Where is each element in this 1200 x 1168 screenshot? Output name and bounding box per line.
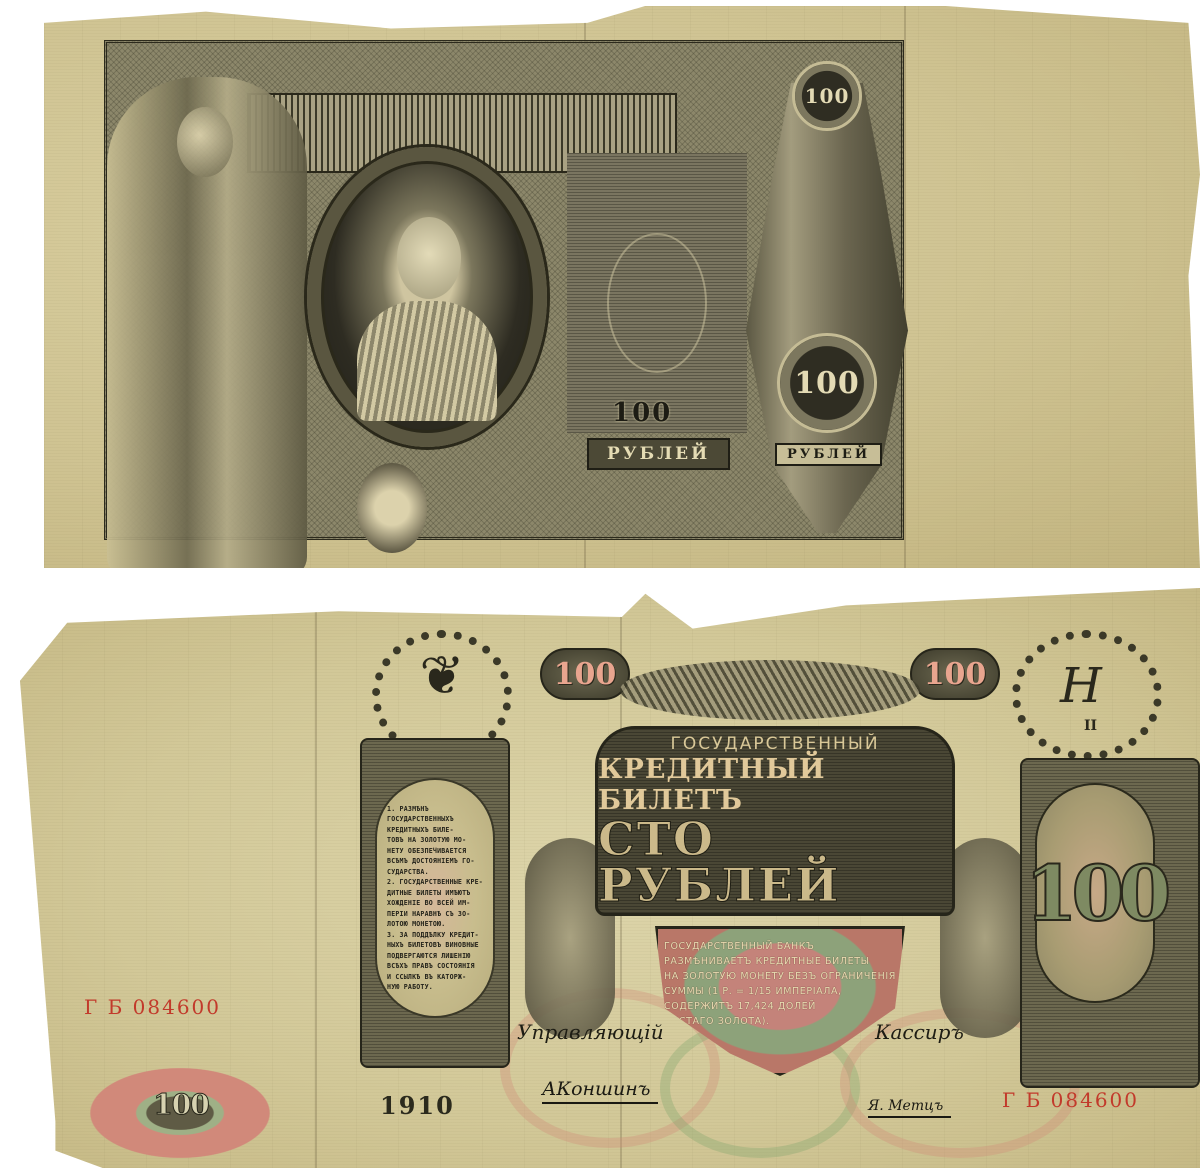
bank-text-line: РАЗМѢНИВАЕТЪ КРЕДИТНЫЕ БИЛЕТЫ	[664, 954, 896, 969]
bank-text-line: СУММЫ (1 Р. = 1/15 ИМПЕРІАЛА,	[664, 984, 896, 999]
rule-line: И ССЫЛКѢ ВЪ КАТОРЖ-	[387, 972, 483, 983]
imperial-cipher: Н	[1060, 658, 1102, 714]
rules-text: 1. РАЗМѢНЪГОСУДАРСТВЕННЫХЪКРЕДИТНЫХЪ БИЛ…	[387, 804, 483, 993]
allegorical-figure	[107, 77, 307, 577]
rule-line: ЛОТОЮ МОНЕТОЮ.	[387, 919, 483, 930]
rules-panel: 1. РАЗМѢНЪГОСУДАРСТВЕННЫХЪКРЕДИТНЫХЪ БИЛ…	[375, 778, 495, 1018]
bank-text-line: СОДЕРЖИТЪ 17,424 ДОЛЕЙ	[664, 999, 896, 1014]
rule-line: КРЕДИТНЫХЪ БИЛЕ-	[387, 825, 483, 836]
wheat-garland	[620, 660, 920, 720]
rule-line: ПОДВЕРГАЮТСЯ ЛИШЕНІЮ	[387, 951, 483, 962]
cashier-label: Кассиръ	[875, 1020, 964, 1044]
manager-label: Управляющій	[517, 1020, 664, 1044]
figure-head	[177, 107, 233, 177]
band-currency: РУБЛЕЙ	[587, 438, 730, 470]
rule-line: ВСѢХЪ ПРАВЪ СОСТОЯНІЯ	[387, 961, 483, 972]
imperial-eagle-icon: ❦	[410, 636, 474, 716]
portrait-face	[397, 217, 461, 299]
manager-signature: АКоншинъ	[542, 1078, 658, 1104]
corner-denomination-right: 100	[910, 648, 1000, 700]
bank-guarantee-text: ГОСУДАРСТВЕННЫЙ БАНКЪРАЗМѢНИВАЕТЪ КРЕДИТ…	[664, 939, 896, 1029]
bank-text-line: НА ЗОЛОТУЮ МОНЕТУ БЕЗЪ ОГРАНИЧЕНІЯ	[664, 969, 896, 984]
big-denomination: 100	[1035, 783, 1155, 1003]
rule-line: НЫХЪ БИЛЕТОВЪ ВИНОВНЫЕ	[387, 940, 483, 951]
bank-text-line: ГОСУДАРСТВЕННЫЙ БАНКЪ	[664, 939, 896, 954]
column-top-medallion: 100	[792, 61, 862, 131]
monogram-icon	[607, 233, 707, 373]
small-denomination-text: 100	[146, 1088, 216, 1121]
imperial-cipher-numeral: II	[1084, 718, 1097, 734]
rule-line: ДИТНЫЕ БИЛЕТЫ ИМѢЮТЪ	[387, 888, 483, 899]
serial-number-left: Г Б 084600	[84, 995, 221, 1019]
portrait-ermine-robe	[357, 301, 497, 421]
portrait-oval	[307, 147, 547, 447]
rule-line: СУДАРСТВА.	[387, 867, 483, 878]
column-currency-label: РУБЛЕЙ	[775, 443, 882, 466]
rule-line: НУЮ РАБОТУ.	[387, 982, 483, 993]
banknote-back: Г Б 084600 100 ❦ Н II 100 100 1. РАЗМѢНЪ…	[20, 588, 1200, 1168]
title-line-2: КРЕДИТНЫЙ БИЛЕТЪ	[598, 754, 952, 816]
bank-text-line: ЧИСТАГО ЗОЛОТА).	[664, 1014, 896, 1029]
band-denomination: 100	[612, 398, 672, 428]
rule-line: ХОЖДЕНІЕ ВО ВСЕЙ ИМ-	[387, 898, 483, 909]
rule-line: ПЕРІИ НАРАВНѢ СЪ ЗО-	[387, 909, 483, 920]
mask-ornament-icon	[357, 463, 427, 553]
serial-number-right: Г Б 084600	[1002, 1088, 1139, 1112]
cashier-signature: Я. Метцъ	[868, 1098, 951, 1118]
fold-line	[904, 6, 906, 568]
issue-year: 1910	[380, 1091, 455, 1120]
engraved-design: 100 РУБЛЕЙ 100 100 РУБЛЕЙ	[104, 40, 904, 540]
monogram-cartouche	[567, 153, 747, 433]
rule-line: НЕТУ ОБЕЗПЕЧИВАЕТСЯ	[387, 846, 483, 857]
title-line-1: ГОСУДАРСТВЕННЫЙ	[670, 734, 879, 754]
rule-line: ТОВЪ НА ЗОЛОТУЮ МО-	[387, 835, 483, 846]
title-panel: ГОСУДАРСТВЕННЫЙ КРЕДИТНЫЙ БИЛЕТЪ СТО РУБ…	[595, 726, 955, 916]
rule-line: 2. ГОСУДАРСТВЕННЫЕ КРЕ-	[387, 877, 483, 888]
banknote-front: 100 РУБЛЕЙ 100 100 РУБЛЕЙ	[44, 6, 1200, 568]
rule-line: 3. ЗА ПОДДѢЛКУ КРЕДИТ-	[387, 930, 483, 941]
title-line-3: СТО РУБЛЕЙ	[598, 816, 952, 908]
rule-line: ВСѢМЪ ДОСТОЯНІЕМЪ ГО-	[387, 856, 483, 867]
fold-line	[315, 588, 317, 1168]
corner-denomination-left: 100	[540, 648, 630, 700]
rule-line: 1. РАЗМѢНЪ	[387, 804, 483, 815]
column-denomination-medallion: 100	[777, 333, 877, 433]
rule-line: ГОСУДАРСТВЕННЫХЪ	[387, 814, 483, 825]
